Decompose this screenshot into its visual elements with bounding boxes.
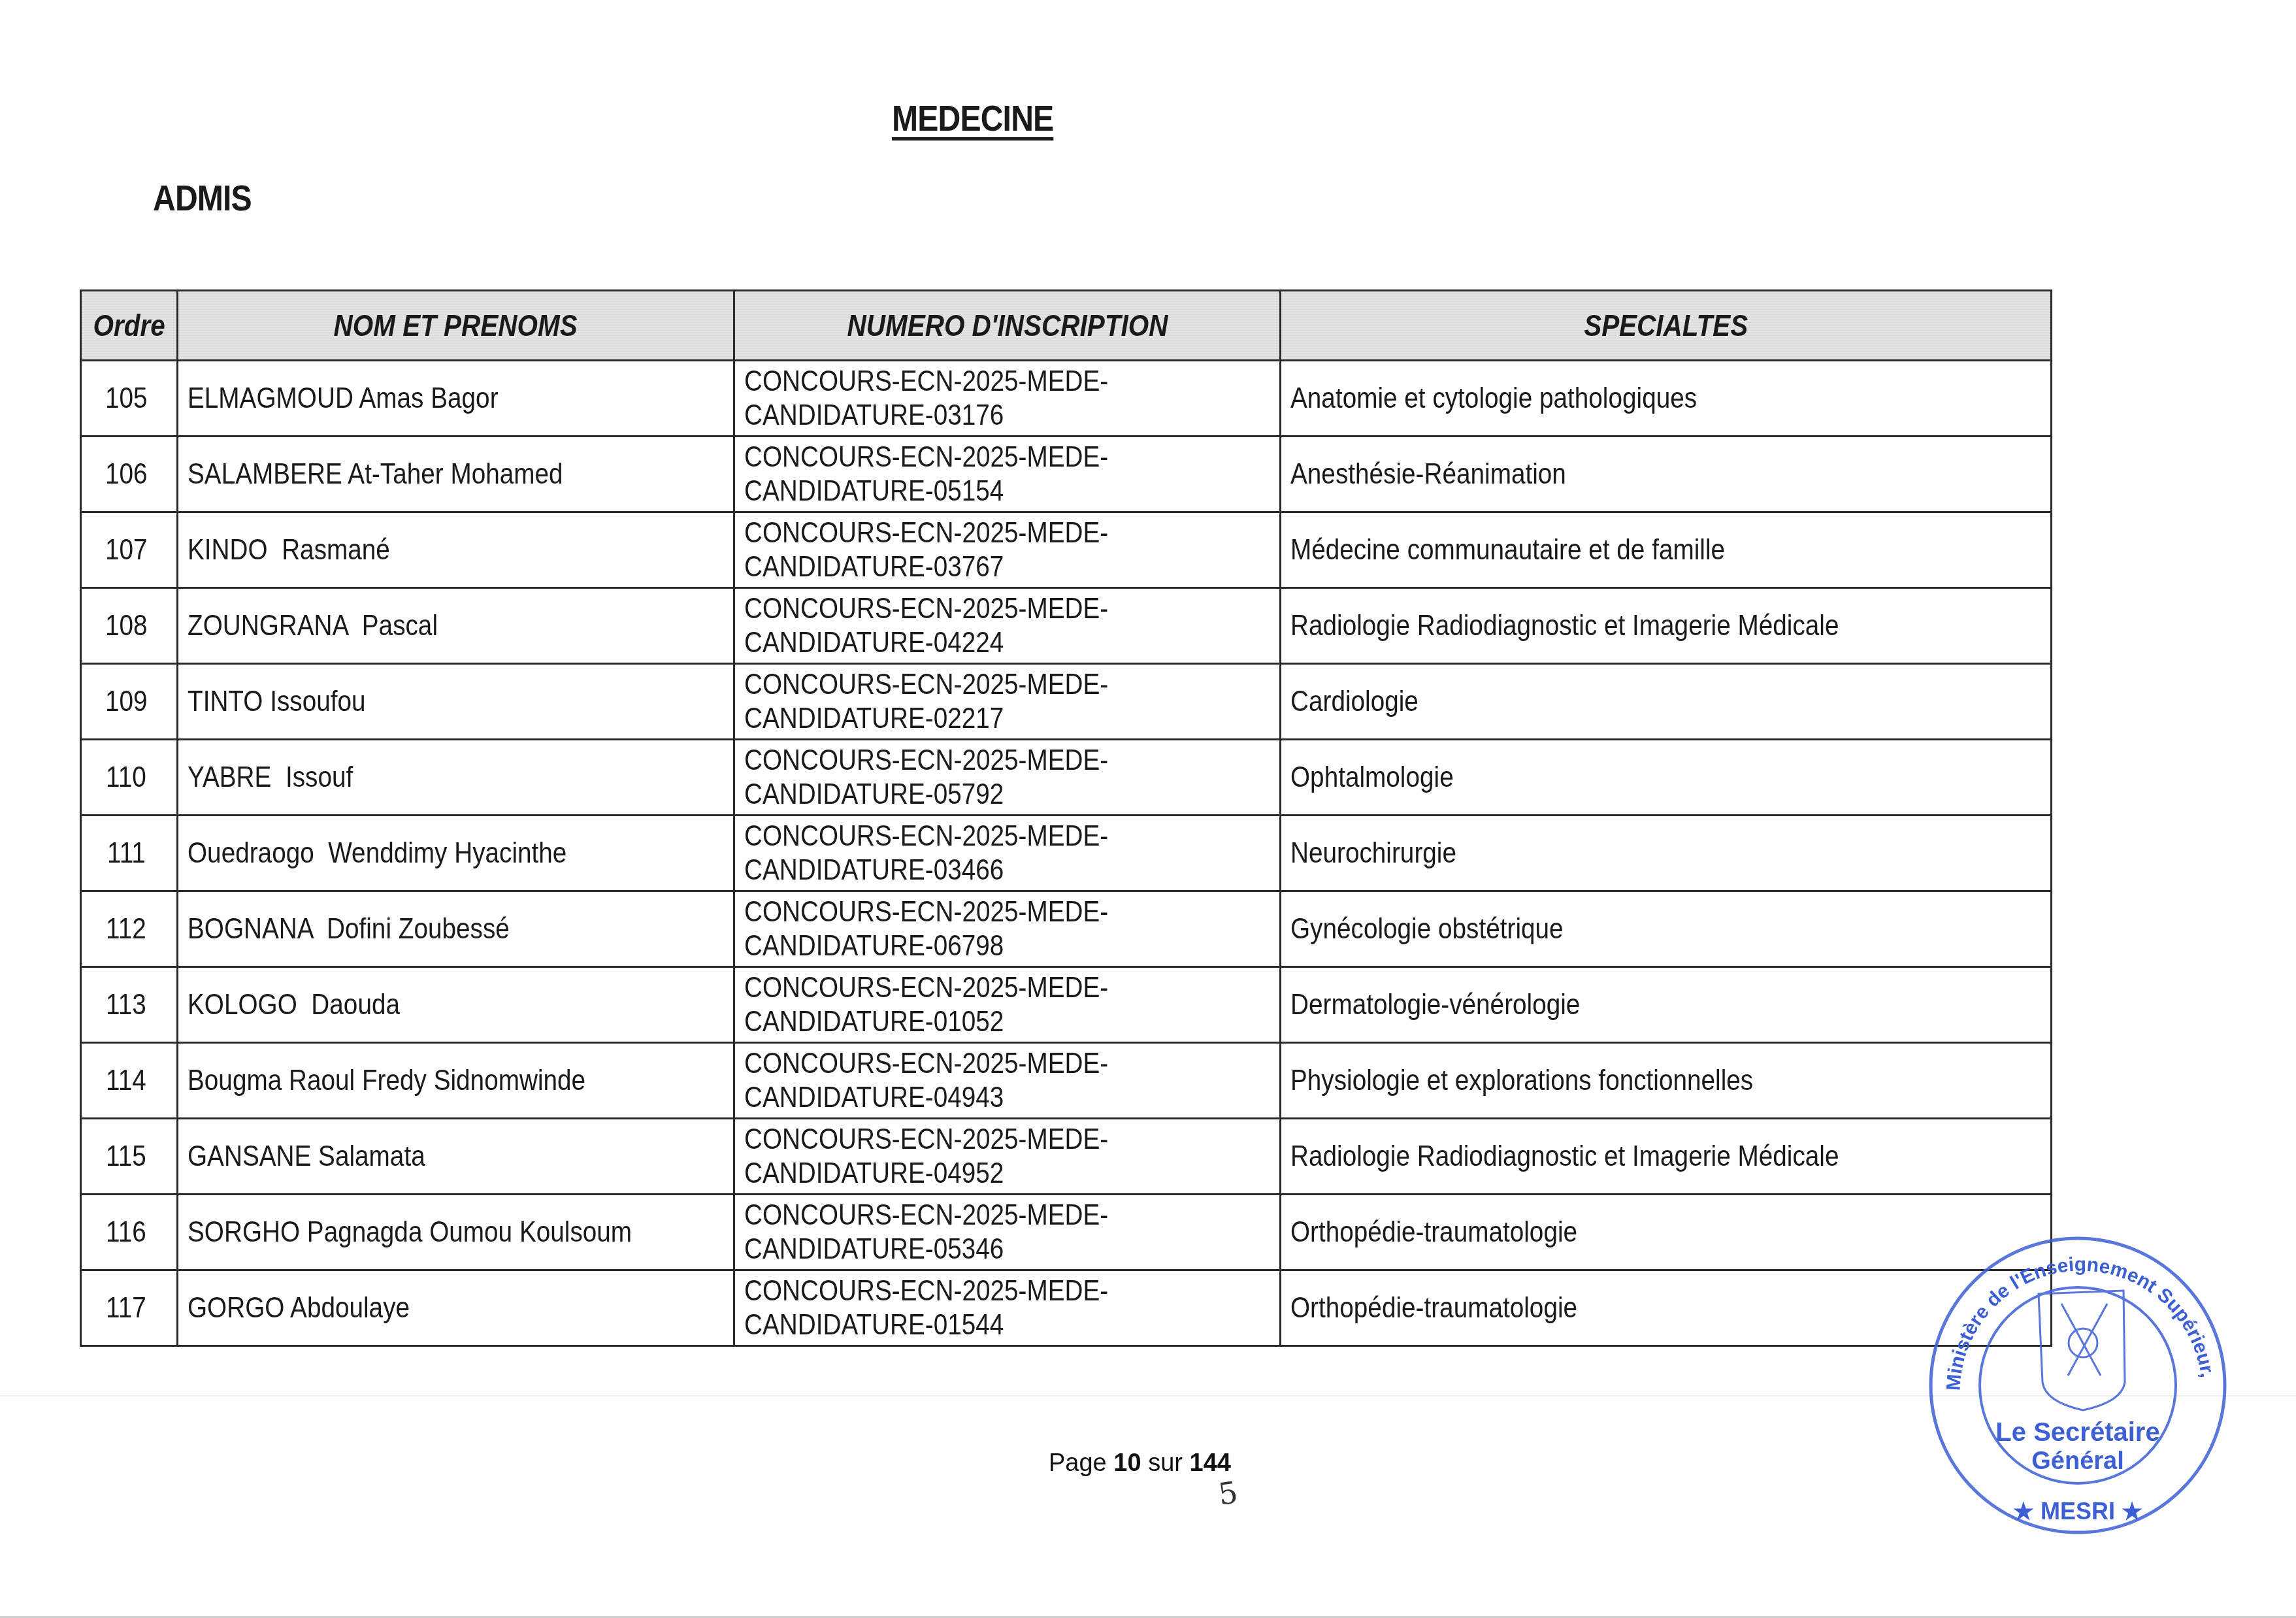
- cell-nom-prenoms: KOLOGO Daouda: [178, 967, 734, 1043]
- cell-ordre: 116: [81, 1195, 178, 1270]
- cell-nom-prenoms: SALAMBERE At-Taher Mohamed: [178, 437, 734, 512]
- cell-numero-inscription: CONCOURS-ECN-2025-MEDE-CANDIDATURE-03176: [734, 361, 1281, 437]
- cell-specialite: Neurochirurgie: [1281, 816, 2052, 891]
- header-nom-prenoms: NOM ET PRENOMS: [178, 291, 734, 361]
- cell-specialite: Cardiologie: [1281, 664, 2052, 740]
- cell-ordre: 113: [81, 967, 178, 1043]
- table-row: 115GANSANE SalamataCONCOURS-ECN-2025-MED…: [81, 1119, 2052, 1195]
- header-ordre: Ordre: [81, 291, 178, 361]
- cell-ordre: 107: [81, 512, 178, 588]
- table-row: 114Bougma Raoul Fredy SidnomwindeCONCOUR…: [81, 1043, 2052, 1119]
- table-row: 109TINTO IssoufouCONCOURS-ECN-2025-MEDE-…: [81, 664, 2052, 740]
- cell-specialite: Gynécologie obstétrique: [1281, 891, 2052, 967]
- cell-specialite: Anatomie et cytologie pathologiques: [1281, 361, 2052, 437]
- cell-nom-prenoms: YABRE Issouf: [178, 740, 734, 816]
- svg-text:Général: Général: [2031, 1447, 2124, 1475]
- cell-ordre: 117: [81, 1270, 178, 1346]
- table-row: 111Ouedraogo Wenddimy HyacintheCONCOURS-…: [81, 816, 2052, 891]
- table-row: 107KINDO RasmanéCONCOURS-ECN-2025-MEDE-C…: [81, 512, 2052, 588]
- table-row: 113KOLOGO DaoudaCONCOURS-ECN-2025-MEDE-C…: [81, 967, 2052, 1043]
- cell-nom-prenoms: Bougma Raoul Fredy Sidnomwinde: [178, 1043, 734, 1119]
- table-row: 112BOGNANA Dofini ZoubesséCONCOURS-ECN-2…: [81, 891, 2052, 967]
- official-stamp: Ministère de l'Enseignement Supérieur, d…: [1914, 1222, 2241, 1549]
- cell-numero-inscription: CONCOURS-ECN-2025-MEDE-CANDIDATURE-05792: [734, 740, 1281, 816]
- document-title: MEDECINE: [892, 97, 1053, 139]
- cell-ordre: 110: [81, 740, 178, 816]
- table-row: 108ZOUNGRANA PascalCONCOURS-ECN-2025-MED…: [81, 588, 2052, 664]
- cell-numero-inscription: CONCOURS-ECN-2025-MEDE-CANDIDATURE-06798: [734, 891, 1281, 967]
- cell-nom-prenoms: ELMAGMOUD Amas Bagor: [178, 361, 734, 437]
- cell-specialite: Médecine communautaire et de famille: [1281, 512, 2052, 588]
- svg-text:Le Secrétaire: Le Secrétaire: [1995, 1418, 2159, 1447]
- cell-nom-prenoms: TINTO Issoufou: [178, 664, 734, 740]
- cell-ordre: 108: [81, 588, 178, 664]
- svg-text:★ MESRI ★: ★ MESRI ★: [2013, 1498, 2143, 1525]
- cell-nom-prenoms: GANSANE Salamata: [178, 1119, 734, 1195]
- cell-numero-inscription: CONCOURS-ECN-2025-MEDE-CANDIDATURE-05346: [734, 1195, 1281, 1270]
- header-specialites: SPECIALTES: [1281, 291, 2052, 361]
- cell-ordre: 115: [81, 1119, 178, 1195]
- cell-ordre: 114: [81, 1043, 178, 1119]
- page-number: Page 10 sur 144: [1049, 1449, 1231, 1478]
- cell-nom-prenoms: GORGO Abdoulaye: [178, 1270, 734, 1346]
- cell-numero-inscription: CONCOURS-ECN-2025-MEDE-CANDIDATURE-04943: [734, 1043, 1281, 1119]
- cell-numero-inscription: CONCOURS-ECN-2025-MEDE-CANDIDATURE-01052: [734, 967, 1281, 1043]
- cell-ordre: 106: [81, 437, 178, 512]
- section-heading: ADMIS: [153, 176, 252, 219]
- table-row: 117GORGO AbdoulayeCONCOURS-ECN-2025-MEDE…: [81, 1270, 2052, 1346]
- cell-numero-inscription: CONCOURS-ECN-2025-MEDE-CANDIDATURE-04952: [734, 1119, 1281, 1195]
- stamp-outer-ring: [1931, 1238, 2225, 1532]
- cell-numero-inscription: CONCOURS-ECN-2025-MEDE-CANDIDATURE-05154: [734, 437, 1281, 512]
- cell-nom-prenoms: Ouedraogo Wenddimy Hyacinthe: [178, 816, 734, 891]
- admitted-candidates-table: Ordre NOM ET PRENOMS NUMERO D'INSCRIPTIO…: [80, 289, 2052, 1347]
- handwritten-correction: 5: [1216, 1474, 1240, 1512]
- cell-numero-inscription: CONCOURS-ECN-2025-MEDE-CANDIDATURE-01544: [734, 1270, 1281, 1346]
- table-header-row: Ordre NOM ET PRENOMS NUMERO D'INSCRIPTIO…: [81, 291, 2052, 361]
- cell-specialite: Radiologie Radiodiagnostic et Imagerie M…: [1281, 1119, 2052, 1195]
- cell-nom-prenoms: BOGNANA Dofini Zoubessé: [178, 891, 734, 967]
- cell-numero-inscription: CONCOURS-ECN-2025-MEDE-CANDIDATURE-02217: [734, 664, 1281, 740]
- cell-numero-inscription: CONCOURS-ECN-2025-MEDE-CANDIDATURE-04224: [734, 588, 1281, 664]
- cell-specialite: Anesthésie-Réanimation: [1281, 437, 2052, 512]
- document-page: MEDECINE ADMIS Ordre NOM ET PRENOMS NUME…: [0, 0, 2296, 1618]
- cell-specialite: Ophtalmologie: [1281, 740, 2052, 816]
- table-row: 116SORGHO Pagnagda Oumou KoulsoumCONCOUR…: [81, 1195, 2052, 1270]
- cell-ordre: 111: [81, 816, 178, 891]
- cell-numero-inscription: CONCOURS-ECN-2025-MEDE-CANDIDATURE-03767: [734, 512, 1281, 588]
- cell-nom-prenoms: SORGHO Pagnagda Oumou Koulsoum: [178, 1195, 734, 1270]
- table-row: 110YABRE IssoufCONCOURS-ECN-2025-MEDE-CA…: [81, 740, 2052, 816]
- cell-nom-prenoms: ZOUNGRANA Pascal: [178, 588, 734, 664]
- cell-specialite: Dermatologie-vénérologie: [1281, 967, 2052, 1043]
- header-numero-inscription: NUMERO D'INSCRIPTION: [734, 291, 1281, 361]
- cell-nom-prenoms: KINDO Rasmané: [178, 512, 734, 588]
- cell-ordre: 112: [81, 891, 178, 967]
- cell-ordre: 105: [81, 361, 178, 437]
- cell-specialite: Physiologie et explorations fonctionnell…: [1281, 1043, 2052, 1119]
- cell-numero-inscription: CONCOURS-ECN-2025-MEDE-CANDIDATURE-03466: [734, 816, 1281, 891]
- table-row: 105ELMAGMOUD Amas BagorCONCOURS-ECN-2025…: [81, 361, 2052, 437]
- cell-specialite: Radiologie Radiodiagnostic et Imagerie M…: [1281, 588, 2052, 664]
- table-row: 106SALAMBERE At-Taher MohamedCONCOURS-EC…: [81, 437, 2052, 512]
- cell-ordre: 109: [81, 664, 178, 740]
